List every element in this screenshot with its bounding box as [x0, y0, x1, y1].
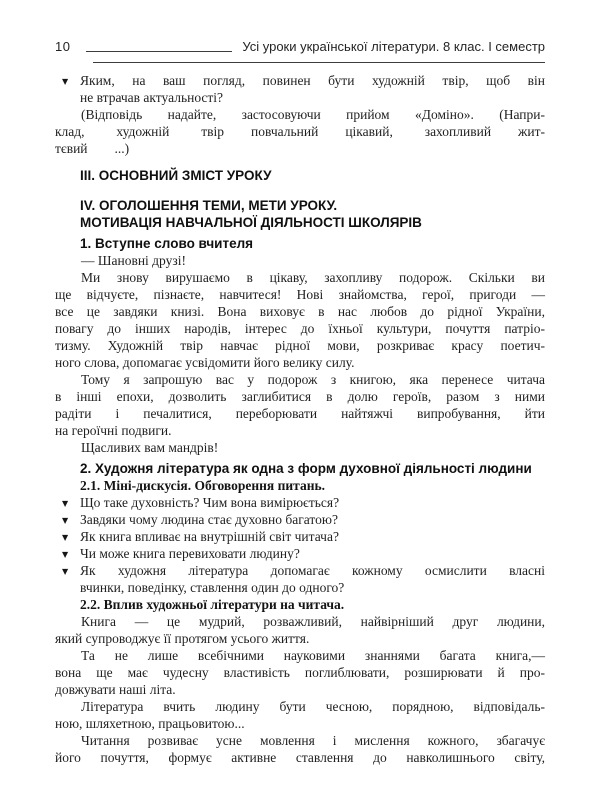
paragraph: Читання розвиває усне мовлення і мисленн… [55, 732, 545, 766]
sub-heading: 1. Вступне слово вчителя [80, 235, 545, 252]
bullet-triangle-icon: ▼ [62, 495, 68, 512]
text-line: Завдяки чому людина стає духовно багатою… [80, 511, 545, 528]
text-line: ною, шляхетною, працьовитою... [55, 715, 545, 732]
text-line: в інші епохи, дозволить заглибитися в до… [55, 388, 545, 405]
bullet-item: ▼Яким, на ваш погляд, повинен бути худож… [55, 72, 545, 106]
bullet-triangle-icon: ▼ [62, 546, 68, 563]
paragraph: Та не лише всебічними науковими знаннями… [55, 647, 545, 698]
text-line: вчинки, поведінку, ставлення один до одн… [80, 579, 545, 596]
text-line: IV. ОГОЛОШЕННЯ ТЕМИ, МЕТИ УРОКУ. [80, 197, 545, 214]
text-line: на героїчні подвиги. [55, 422, 545, 439]
bullet-item: ▼Як книга впливає на внутрішній світ чит… [55, 528, 545, 545]
text-line: Що таке духовність? Чим вона вимірюється… [80, 494, 545, 511]
text-line: МОТИВАЦІЯ НАВЧАЛЬНОЇ ДІЯЛЬНОСТІ ШКОЛЯРІВ [80, 214, 545, 231]
text-line: ІІІ. ОСНОВНИЙ ЗМІСТ УРОКУ [80, 167, 545, 184]
paragraph: Тому я запрошую вас у подорож з книгою, … [55, 371, 545, 439]
section-heading: IV. ОГОЛОШЕННЯ ТЕМИ, МЕТИ УРОКУ.МОТИВАЦІ… [80, 197, 545, 231]
book-page: 10 Усі уроки української літератури. 8 к… [0, 0, 600, 800]
text-line: Ми знову вирушаємо в цікаву, захопливу п… [55, 269, 545, 286]
text-line: — Шановні друзі! [55, 252, 545, 269]
bullet-item: ▼Що таке духовність? Чим вона вимірюєтьс… [55, 494, 545, 511]
bullet-triangle-icon: ▼ [62, 73, 68, 90]
text-line: ще відчуєте, пізнаєте, навчитеся! Нові з… [55, 286, 545, 303]
paragraph: Книга — це мудрий, розважливий, найвірні… [55, 613, 545, 647]
text-line: Книга — це мудрий, розважливий, найвірні… [55, 613, 545, 630]
bullet-item: ▼Чи може книга перевиховати людину? [55, 545, 545, 562]
text-line: Щасливих вам мандрів! [55, 439, 545, 456]
paragraph: (Відповідь надайте, застосовуючи прийом … [55, 106, 545, 157]
paragraph: Ми знову вирушаємо в цікаву, захопливу п… [55, 269, 545, 371]
text-line: повагу до інших народів, інтерес до їхнь… [55, 320, 545, 337]
text-line: Та не лише всебічними науковими знаннями… [55, 647, 545, 664]
text-line: Яким, на ваш погляд, повинен бути художн… [80, 72, 545, 89]
text-line: радіти і печалитися, переборювати найтяж… [55, 405, 545, 422]
paragraph: Література вчить людину бути чесною, пор… [55, 698, 545, 732]
header-rule [86, 51, 232, 52]
text-line: 2.2. Вплив художньої літератури на читач… [80, 596, 545, 613]
text-line: Як художня література допомагає кожному … [80, 562, 545, 579]
bullet-triangle-icon: ▼ [62, 512, 68, 529]
text-line: все це завдяки книзі. Вона виховує в нас… [55, 303, 545, 320]
text-line: 2.1. Міні-дискусія. Обговорення питань. [80, 477, 545, 494]
text-line: довжувати наші літа. [55, 681, 545, 698]
text-line: 1. Вступне слово вчителя [80, 235, 545, 252]
text-line: Література вчить людину бути чесною, пор… [55, 698, 545, 715]
bullet-triangle-icon: ▼ [62, 529, 68, 546]
text-line: ного слова, допомагає усвідомити його ве… [55, 354, 545, 371]
header-underline [93, 62, 545, 63]
running-title: Усі уроки української літератури. 8 клас… [242, 39, 545, 54]
sub-heading: 2. Художня література як одна з форм дух… [80, 460, 545, 477]
section-heading: ІІІ. ОСНОВНИЙ ЗМІСТ УРОКУ [80, 167, 545, 184]
text-line: тєвий ...) [55, 140, 545, 157]
text-line: Як книга впливає на внутрішній світ чита… [80, 528, 545, 545]
page-header: 10 Усі уроки української літератури. 8 к… [55, 39, 545, 54]
bullet-item: ▼Як художня література допомагає кожному… [55, 562, 545, 596]
text-line: який супроводжує її протягом усього житт… [55, 630, 545, 647]
text-line: тизму. Художній твір навчає рідної мови,… [55, 337, 545, 354]
paragraph: Щасливих вам мандрів! [55, 439, 545, 456]
text-line: 2. Художня література як одна з форм дух… [80, 460, 545, 477]
text-line: Тому я запрошую вас у подорож з книгою, … [55, 371, 545, 388]
text-line: його почуття, формує активне ставлення д… [55, 749, 545, 766]
text-line: Читання розвиває усне мовлення і мисленн… [55, 732, 545, 749]
page-number: 10 [55, 39, 70, 54]
text-line: вона ще має чудесну властивість поглиблю… [55, 664, 545, 681]
page-content: ▼Яким, на ваш погляд, повинен бути худож… [55, 72, 545, 766]
text-line: (Відповідь надайте, застосовуючи прийом … [55, 106, 545, 123]
bullet-triangle-icon: ▼ [62, 563, 68, 580]
paragraph: — Шановні друзі! [55, 252, 545, 269]
text-line: клад, художній твір повчальний цікавий, … [55, 123, 545, 140]
bullet-item: ▼Завдяки чому людина стає духовно багато… [55, 511, 545, 528]
text-line: не втрачав актуальності? [80, 89, 545, 106]
numbered-subheading: 2.1. Міні-дискусія. Обговорення питань. [80, 477, 545, 494]
text-line: Чи може книга перевиховати людину? [80, 545, 545, 562]
numbered-subheading: 2.2. Вплив художньої літератури на читач… [80, 596, 545, 613]
